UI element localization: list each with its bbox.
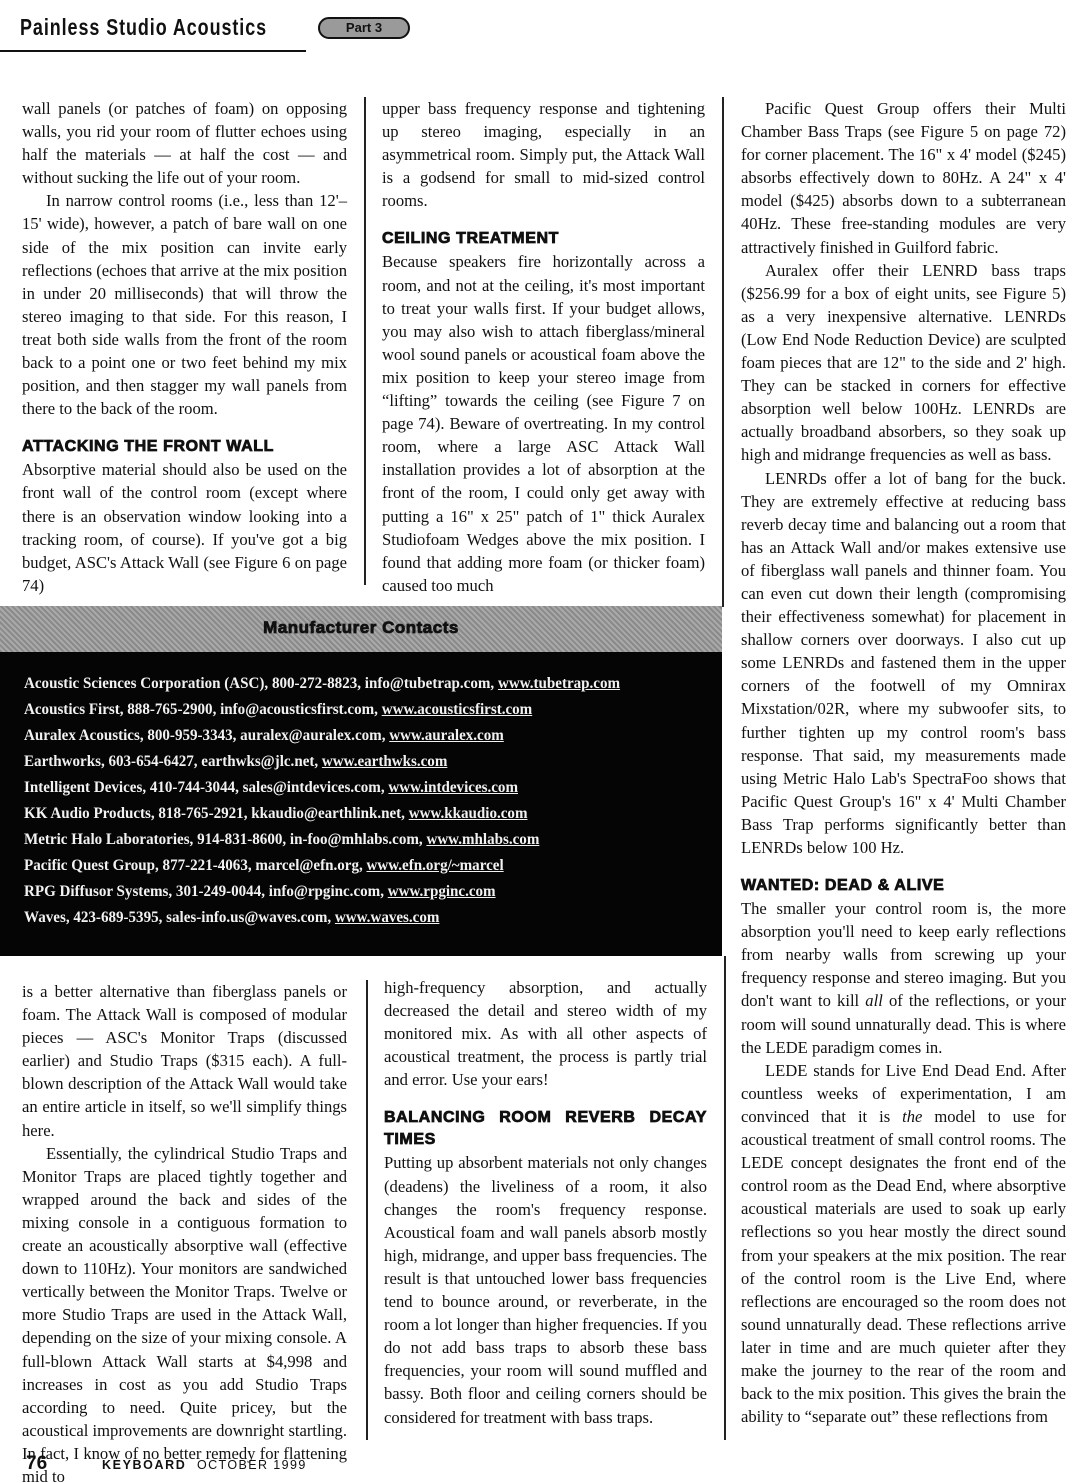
contact-item: Metric Halo Laboratories, 914-831-8600, … xyxy=(24,826,673,852)
column-3: Pacific Quest Group offers their Multi C… xyxy=(741,97,1066,1428)
paragraph: LEDE stands for Live End Dead End. After… xyxy=(741,1059,1066,1429)
contact-item: Intelligent Devices, 410-744-3044, sales… xyxy=(24,774,673,800)
contact-item: KK Audio Products, 818-765-2921, kkaudio… xyxy=(24,800,673,826)
paragraph: The smaller your control room is, the mo… xyxy=(741,897,1066,1059)
paragraph: is a better alternative than fiberglass … xyxy=(22,980,347,1142)
column-2-bottom: high-frequency absorption, and actually … xyxy=(384,976,707,1429)
paragraph: LENRDs offer a lot of bang for the buck.… xyxy=(741,467,1066,860)
paragraph: Essentially, the cylindrical Studio Trap… xyxy=(22,1142,347,1483)
contacts-list: Acoustic Sciences Corporation (ASC), 800… xyxy=(0,652,722,930)
column-divider xyxy=(366,980,368,1440)
paragraph: wall panels (or patches of foam) on oppo… xyxy=(22,97,347,189)
manufacturer-contacts-box: Manufacturer Contacts Acoustic Sciences … xyxy=(0,606,722,956)
contact-link[interactable]: www.waves.com xyxy=(335,908,440,926)
running-header: Painless Studio Acoustics Part 3 xyxy=(0,14,420,40)
paragraph: Absorptive material should also be used … xyxy=(22,458,347,597)
contact-link[interactable]: www.rpginc.com xyxy=(388,882,496,900)
paragraph: Because speakers fire horizontally acros… xyxy=(382,250,705,596)
paragraph: upper bass frequency response and tighte… xyxy=(382,97,705,212)
column-1-top: wall panels (or patches of foam) on oppo… xyxy=(22,97,347,597)
contact-item: RPG Diffusor Systems, 301-249-0044, info… xyxy=(24,878,673,904)
contact-link[interactable]: www.tubetrap.com xyxy=(498,674,620,692)
part-badge: Part 3 xyxy=(318,17,410,39)
contact-item: Acoustic Sciences Corporation (ASC), 800… xyxy=(24,670,673,696)
section-heading-ceiling: Ceiling Treatment xyxy=(382,228,705,250)
magazine-name: KEYBOARD xyxy=(102,1458,186,1472)
issue-date: OCTOBER 1999 xyxy=(197,1458,307,1472)
paragraph: Putting up absorbent materials not only … xyxy=(384,1151,707,1428)
section-heading-dead-alive: Wanted: Dead & Alive xyxy=(741,875,1066,897)
contact-link[interactable]: www.auralex.com xyxy=(389,726,504,744)
header-underline xyxy=(0,50,306,52)
article-title: Painless Studio Acoustics xyxy=(20,14,267,41)
paragraph: Auralex offer their LENRD bass traps ($2… xyxy=(741,259,1066,467)
page-footer: 76 KEYBOARD OCTOBER 1999 xyxy=(26,1453,47,1477)
contact-link[interactable]: www.intdevices.com xyxy=(388,778,518,796)
section-heading-reverb-decay: Balancing Room Reverb Decay Times xyxy=(384,1107,707,1151)
column-divider xyxy=(364,97,366,585)
contact-link[interactable]: www.mhlabs.com xyxy=(426,830,539,848)
contact-link[interactable]: www.acousticsfirst.com xyxy=(382,700,533,718)
contact-item: Auralex Acoustics, 800-959-3343, auralex… xyxy=(24,722,673,748)
contact-link[interactable]: www.earthwks.com xyxy=(322,752,447,770)
column-divider xyxy=(722,97,724,607)
paragraph: In narrow control rooms (i.e., less than… xyxy=(22,189,347,420)
contacts-title: Manufacturer Contacts xyxy=(263,618,459,637)
contact-item: Acoustics First, 888-765-2900, info@acou… xyxy=(24,696,673,722)
contact-item: Earthworks, 603-654-6427, earthwks@jlc.n… xyxy=(24,748,673,774)
column-1-bottom: is a better alternative than fiberglass … xyxy=(22,980,347,1483)
contacts-header: Manufacturer Contacts xyxy=(0,606,722,652)
contact-link[interactable]: www.kkaudio.com xyxy=(409,804,528,822)
section-heading-front-wall: Attacking the Front Wall xyxy=(22,436,347,458)
column-2-top: upper bass frequency response and tighte… xyxy=(382,97,705,597)
paragraph: high-frequency absorption, and actually … xyxy=(384,976,707,1091)
page-number: 76 xyxy=(26,1453,47,1474)
column-divider xyxy=(724,956,726,1440)
contact-item: Pacific Quest Group, 877-221-4063, marce… xyxy=(24,852,673,878)
paragraph: Pacific Quest Group offers their Multi C… xyxy=(741,97,1066,259)
contact-link[interactable]: www.efn.org/~marcel xyxy=(367,856,504,874)
contact-item: Waves, 423-689-5395, sales-info.us@waves… xyxy=(24,904,673,930)
